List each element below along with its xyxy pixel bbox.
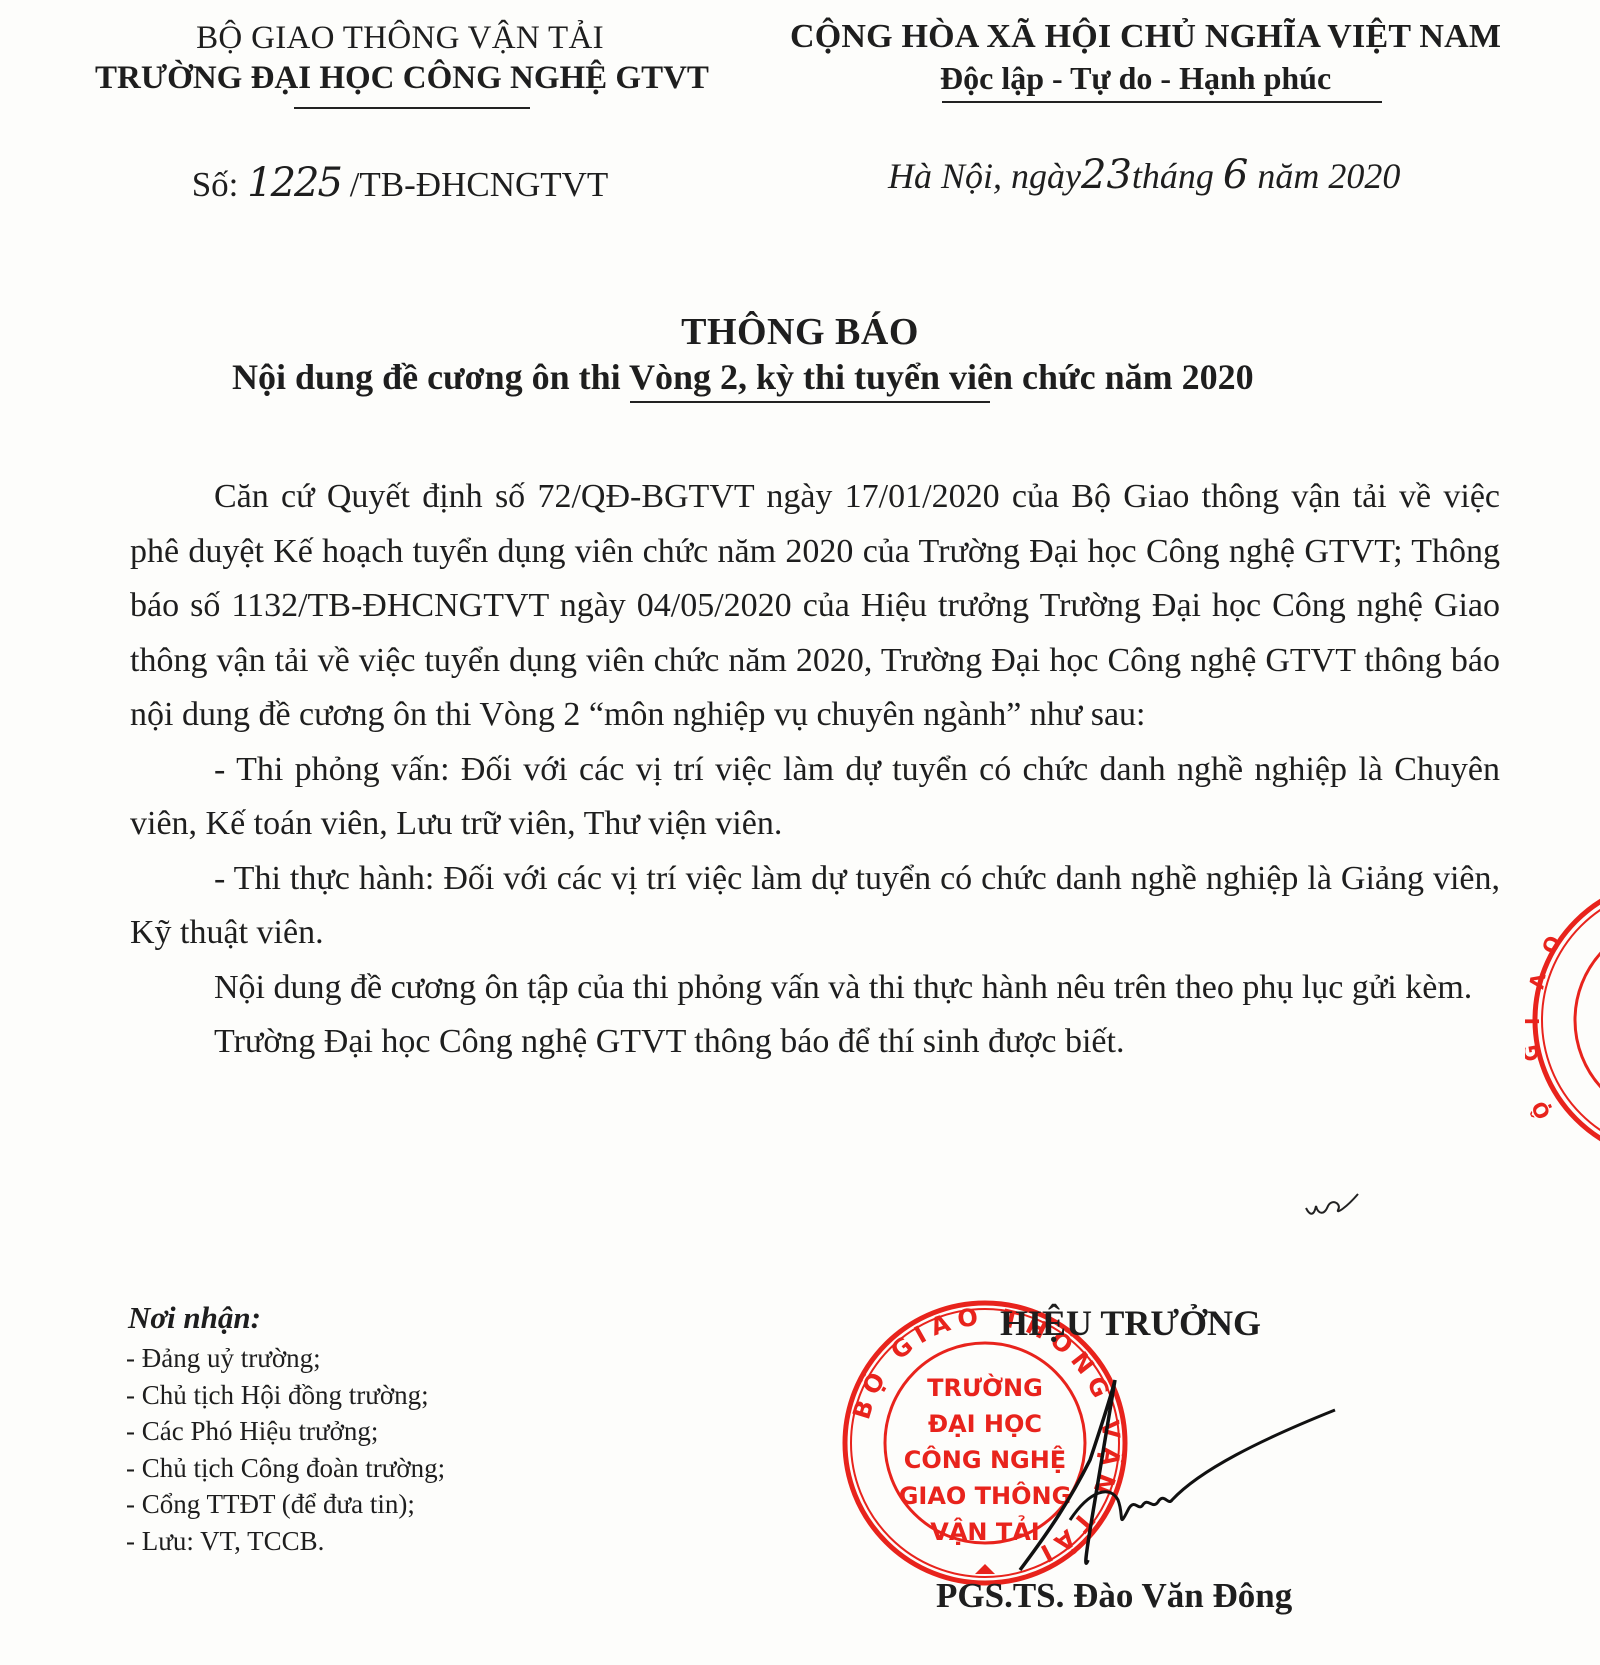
svg-text:I: I <box>1525 1018 1544 1025</box>
doc-number-prefix: Số: <box>192 165 239 204</box>
recipient-item: - Các Phó Hiệu trưởng; <box>126 1413 445 1450</box>
place-date-prefix: Hà Nội, ngày <box>888 156 1081 196</box>
notice-title: THÔNG BÁO <box>0 310 1600 354</box>
recipient-item: - Đảng uỷ trường; <box>126 1340 445 1377</box>
body-paragraph-interview: - Thi phỏng vấn: Đối với các vị trí việc… <box>130 743 1500 852</box>
svg-text:Ộ: Ộ <box>1527 1097 1556 1123</box>
notice-subtitle: Nội dung đề cương ôn thi Vòng 2, kỳ thi … <box>232 356 1254 398</box>
header-left-underline <box>294 107 530 109</box>
national-motto: Độc lập - Tự do - Hạnh phúc <box>940 60 1331 97</box>
place-and-date: Hà Nội, ngày23tháng 6 năm 2020 <box>888 152 1400 198</box>
svg-text:G: G <box>1525 1043 1544 1063</box>
body-paragraph-closing: Trường Đại học Công nghệ GTVT thông báo … <box>130 1015 1500 1070</box>
handwritten-initial-icon <box>1302 1186 1362 1220</box>
month-label: tháng <box>1132 156 1214 196</box>
republic-heading: CỘNG HÒA XÃ HỘI CHỦ NGHĨA VIỆT NAM <box>790 18 1501 56</box>
partial-stamp-icon: O A I G Ộ <box>1525 865 1600 1175</box>
month-handwritten: 6 <box>1223 152 1248 198</box>
recipient-item: - Lưu: VT, TCCB. <box>126 1523 445 1560</box>
recipient-item: - Cổng TTĐT (để đưa tin); <box>126 1486 445 1523</box>
svg-text:A: A <box>1525 971 1551 991</box>
ministry-name: BỘ GIAO THÔNG VẬN TẢI <box>100 20 700 57</box>
school-name: TRƯỜNG ĐẠI HỌC CÔNG NGHỆ GTVT <box>82 60 722 97</box>
body-paragraph-practical: - Thi thực hành: Đối với các vị trí việc… <box>130 852 1500 961</box>
body-paragraph-basis: Căn cứ Quyết định số 72/QĐ-BGTVT ngày 17… <box>130 470 1500 743</box>
recipient-item: - Chủ tịch Công đoàn trường; <box>126 1450 445 1487</box>
recipients-label: Nơi nhận: <box>128 1300 261 1336</box>
recipients-list: - Đảng uỷ trường; - Chủ tịch Hội đồng tr… <box>126 1340 445 1559</box>
signatory-name: PGS.TS. Đào Văn Đông <box>936 1576 1292 1616</box>
doc-number-handwritten: 1225 <box>247 160 341 206</box>
subtitle-underline <box>630 401 990 403</box>
signatory-title: HIỆU TRƯỞNG <box>1000 1302 1261 1344</box>
document-number: Số: 1225 /TB-ĐHCNGTVT <box>100 160 700 206</box>
recipient-item: - Chủ tịch Hội đồng trường; <box>126 1377 445 1414</box>
signature-icon <box>1000 1360 1340 1580</box>
body-paragraph-appendix: Nội dung đề cương ôn tập của thi phỏng v… <box>130 961 1500 1016</box>
day-handwritten: 23 <box>1081 152 1132 198</box>
motto-underline <box>942 101 1382 103</box>
year-text: năm 2020 <box>1257 156 1400 196</box>
doc-number-suffix: /TB-ĐHCNGTVT <box>350 165 609 204</box>
notice-body: Căn cứ Quyết định số 72/QĐ-BGTVT ngày 17… <box>130 470 1500 1070</box>
